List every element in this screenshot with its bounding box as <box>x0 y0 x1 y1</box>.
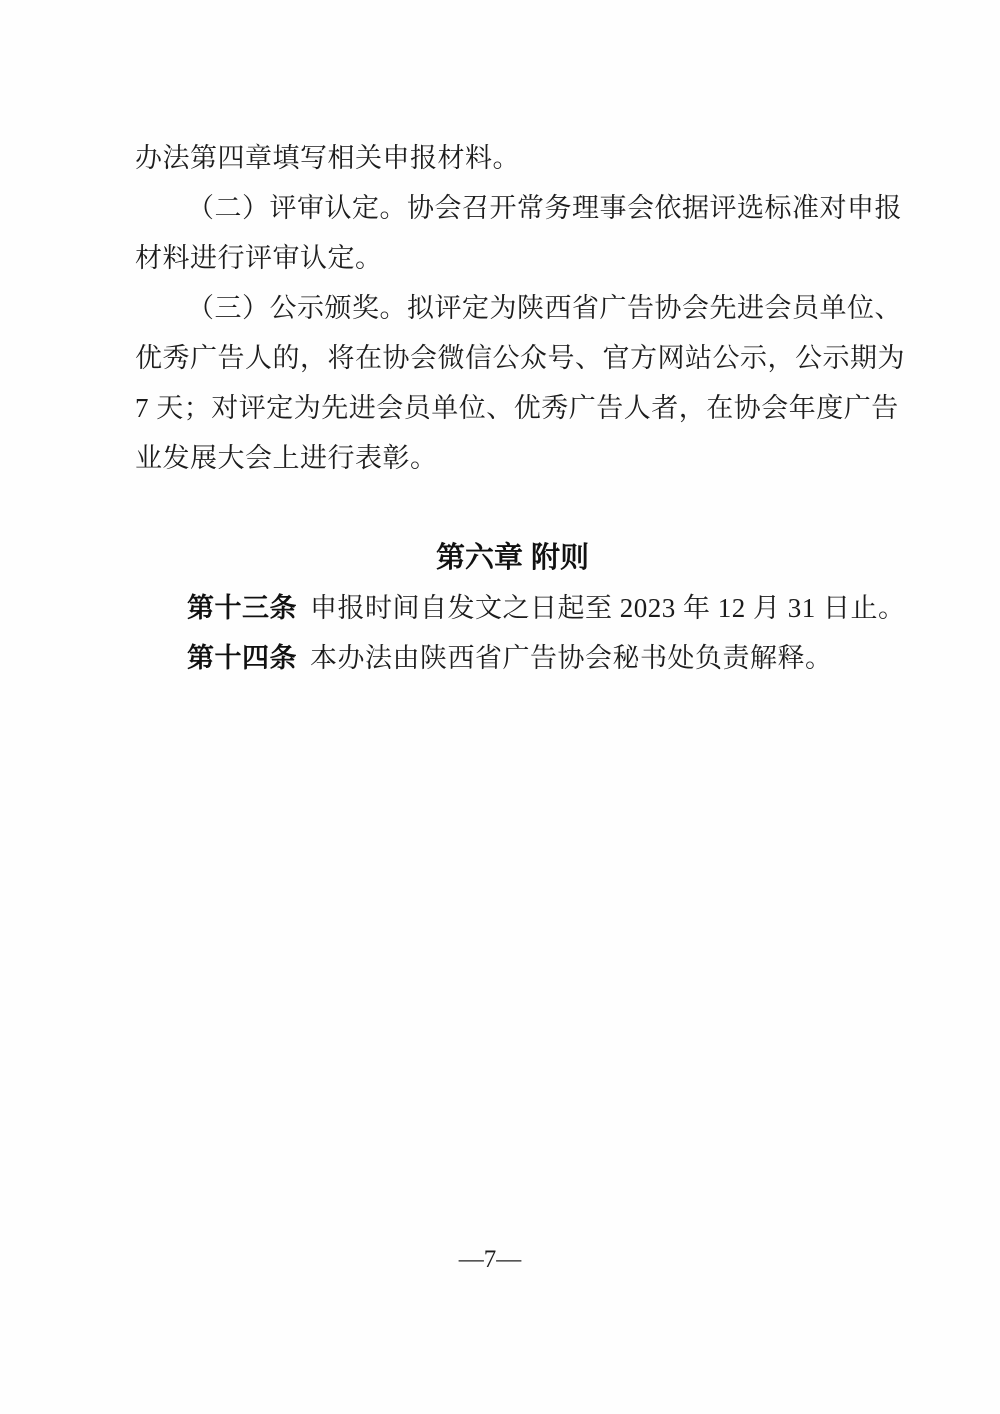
document-body: 办法第四章填写相关申报材料。 （二）评审认定。协会召开常务理事会依据评选标准对申… <box>135 133 890 683</box>
article-14: 第十四条本办法由陕西省广告协会秘书处负责解释。 <box>135 633 890 683</box>
chapter-heading: 第六章 附则 <box>135 533 890 583</box>
article-13: 第十三条申报时间自发文之日起至 2023 年 12 月 31 日止。 <box>135 583 890 633</box>
body-line-item-3-cont-2: 7 天；对评定为先进会员单位、优秀广告人者，在协会年度广告 <box>135 383 890 433</box>
document-page: 办法第四章填写相关申报材料。 （二）评审认定。协会召开常务理事会依据评选标准对申… <box>0 0 1000 1414</box>
body-line-item-2-start: （二）评审认定。协会召开常务理事会依据评选标准对申报 <box>135 183 890 233</box>
body-line-item-3-start: （三）公示颁奖。拟评定为陕西省广告协会先进会员单位、 <box>135 283 890 333</box>
body-line-continuation: 办法第四章填写相关申报材料。 <box>135 133 890 183</box>
article-14-label: 第十四条 <box>187 643 297 673</box>
article-13-label: 第十三条 <box>187 593 297 623</box>
page-number: —7— <box>0 1243 980 1277</box>
article-14-text: 本办法由陕西省广告协会秘书处负责解释。 <box>310 643 833 673</box>
body-line-item-3-cont-1: 优秀广告人的，将在协会微信公众号、官方网站公示，公示期为 <box>135 333 890 383</box>
article-13-text: 申报时间自发文之日起至 2023 年 12 月 31 日止。 <box>310 593 906 623</box>
body-line-item-3-end: 业发展大会上进行表彰。 <box>135 433 890 483</box>
body-line-item-2-end: 材料进行评审认定。 <box>135 233 890 283</box>
